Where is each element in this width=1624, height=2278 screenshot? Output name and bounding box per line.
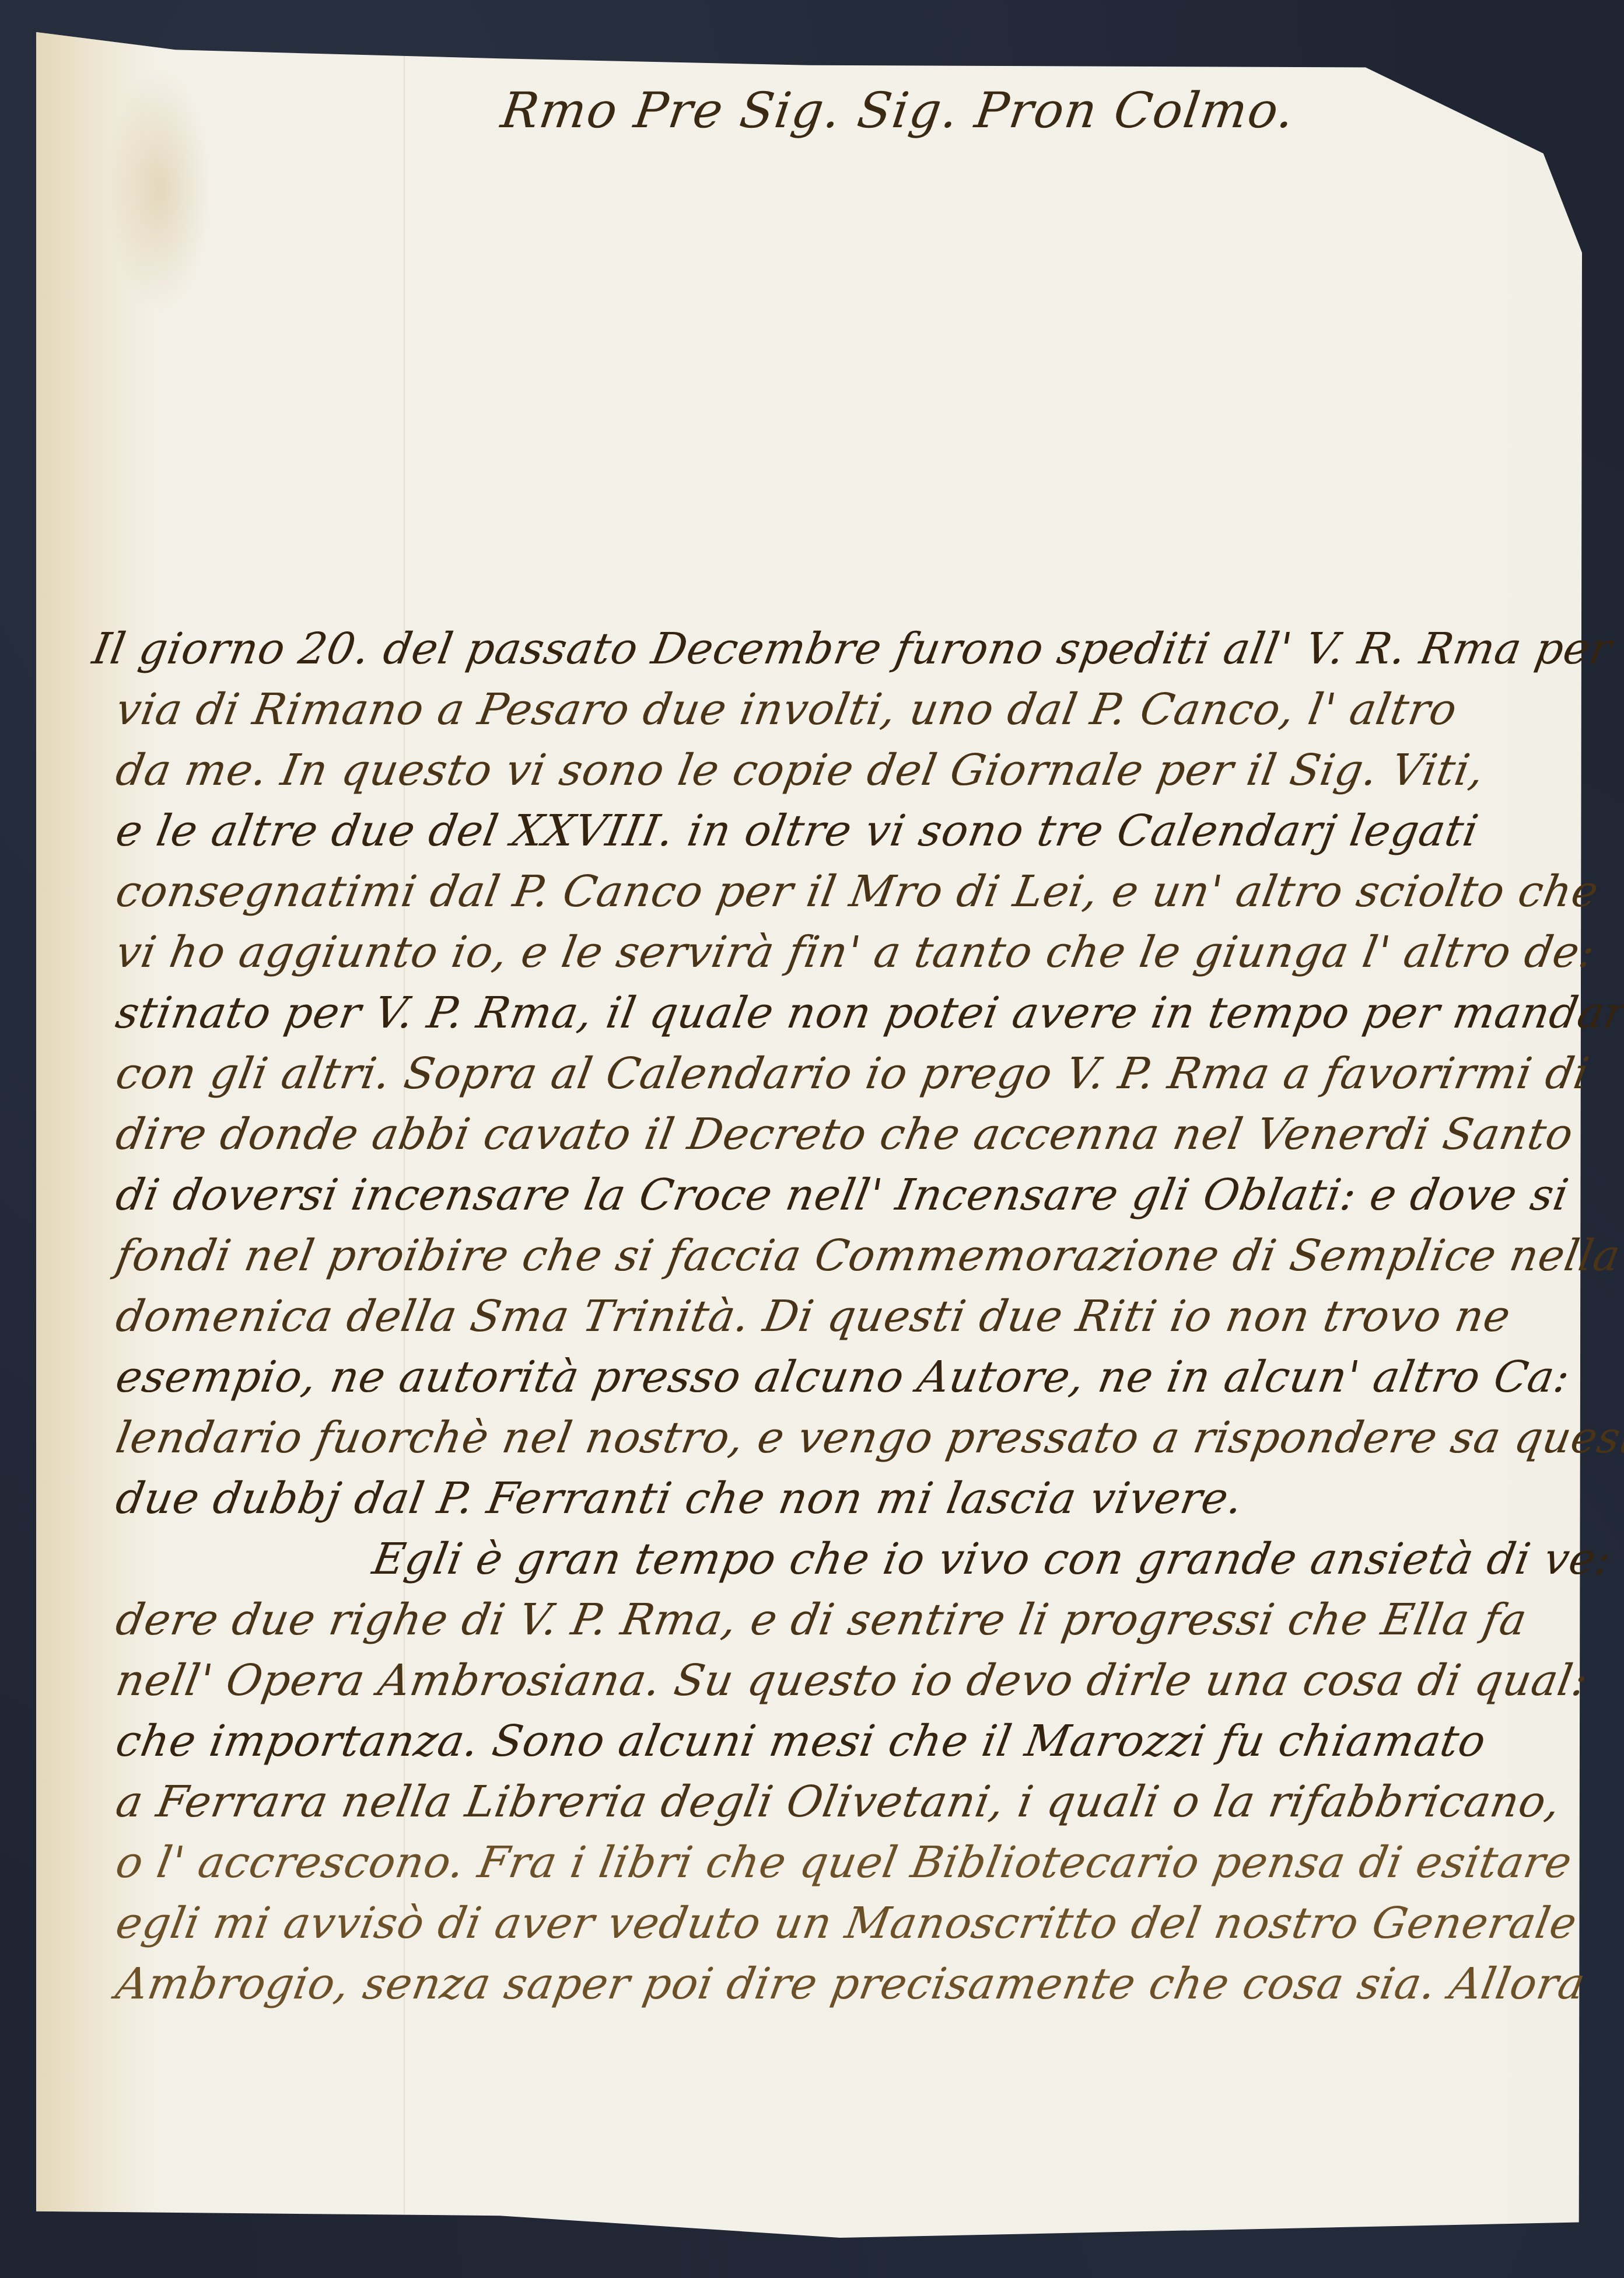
text-line: nell' Opera Ambrosiana. Su questo io dev… [111, 1650, 1569, 1711]
text-line: a Ferrara nella Libreria degli Olivetani… [111, 1772, 1569, 1832]
text-line: Il giorno 20. del passato Decembre furon… [88, 619, 1569, 679]
text-line: con gli altri. Sopra al Calendario io pr… [111, 1043, 1569, 1104]
text-line: fondi nel proibire che si faccia Commemo… [111, 1225, 1569, 1286]
text-line: dire donde abbi cavato il Decreto che ac… [111, 1104, 1569, 1165]
text-line: da me. In questo vi sono le copie del Gi… [111, 740, 1569, 801]
water-stain [106, 67, 211, 312]
text-line: via di Rimano a Pesaro due involti, uno … [111, 679, 1569, 740]
text-line: stinato per V. P. Rma, il quale non pote… [111, 983, 1569, 1043]
letter-body: Il giorno 20. del passato Decembre furon… [117, 619, 1563, 2014]
text-line: lendario fuorchè nel nostro, e vengo pre… [111, 1407, 1569, 1468]
text-line: vi ho aggiunto io, e le servirà fin' a t… [111, 922, 1569, 983]
text-line: Ambrogio, senza saper poi dire precisame… [111, 1954, 1569, 2014]
text-line: consegnatimi dal P. Canco per il Mro di … [111, 861, 1569, 922]
salutation-heading: Rmo Pre Sig. Sig. Pron Colmo. [498, 82, 1298, 139]
text-line: di doversi incensare la Croce nell' Ince… [111, 1165, 1569, 1225]
text-line: che importanza. Sono alcuni mesi che il … [111, 1711, 1569, 1772]
text-line: dere due righe di V. P. Rma, e di sentir… [111, 1589, 1569, 1650]
text-line: o l' accrescono. Fra i libri che quel Bi… [111, 1832, 1569, 1893]
text-line: e le altre due del XXVIII. in oltre vi s… [111, 801, 1569, 861]
text-line: domenica della Sma Trinità. Di questi du… [111, 1286, 1569, 1347]
text-line: esempio, ne autorità presso alcuno Autor… [111, 1347, 1569, 1407]
text-line: due dubbj dal P. Ferranti che non mi las… [111, 1468, 1569, 1529]
text-line: egli mi avvisò di aver veduto un Manoscr… [111, 1893, 1569, 1954]
text-line: Egli è gran tempo che io vivo con grande… [111, 1529, 1569, 1589]
